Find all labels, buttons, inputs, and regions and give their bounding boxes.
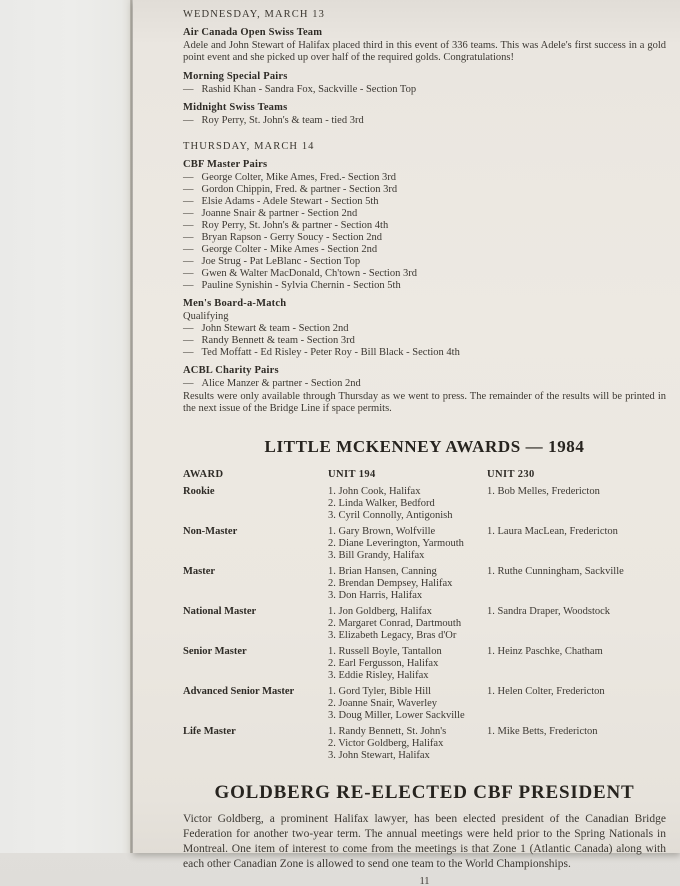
result-item: —Elsie Adams - Adele Stewart - Section 5…	[183, 196, 666, 208]
result-item: —Pauline Synishin - Sylvia Chernin - Sec…	[183, 280, 666, 292]
page-number: 11	[183, 876, 666, 886]
result-item: —Joanne Snair & partner - Section 2nd	[183, 208, 666, 220]
event-paragraph: Results were only available through Thur…	[183, 391, 666, 416]
award-winner-line: 2. Brendan Dempsey, Halifax	[328, 578, 487, 590]
award-winner-line: 3. Doug Miller, Lower Sackville	[328, 710, 487, 722]
day-heading: THURSDAY, MARCH 14	[183, 140, 666, 153]
award-winner-line: 1. Russell Boyle, Tantallon	[328, 646, 487, 658]
dash-bullet: —	[183, 184, 194, 196]
unit230-list: 1. Helen Colter, Fredericton	[487, 686, 666, 722]
result-text: Gordon Chippin, Fred. & partner - Sectio…	[202, 184, 398, 196]
event-title: CBF Master Pairs	[183, 158, 666, 171]
award-winner-line: 2. Linda Walker, Bedford	[328, 498, 487, 510]
event-title: Air Canada Open Swiss Team	[183, 26, 666, 39]
award-winner-line: 1. Randy Bennett, St. John's	[328, 726, 487, 738]
dash-bullet: —	[183, 84, 194, 96]
award-row: Life Master1. Randy Bennett, St. John's2…	[183, 726, 666, 762]
award-winner-line: 1. Jon Goldberg, Halifax	[328, 606, 487, 618]
award-winner-line: 2. Margaret Conrad, Dartmouth	[328, 618, 487, 630]
dash-bullet: —	[183, 268, 194, 280]
award-winner-line: 2. Joanne Snair, Waverley	[328, 698, 487, 710]
dash-bullet: —	[183, 335, 194, 347]
award-winner-line: 2. Diane Leverington, Yarmouth	[328, 538, 487, 550]
event-title: Morning Special Pairs	[183, 70, 666, 83]
award-winner-line: 3. Don Harris, Halifax	[328, 590, 487, 602]
unit194-list: 1. Brian Hansen, Canning2. Brendan Demps…	[328, 566, 487, 602]
adjacent-page	[0, 0, 132, 853]
result-text: Joanne Snair & partner - Section 2nd	[202, 208, 358, 220]
unit230-list: 1. Mike Betts, Fredericton	[487, 726, 666, 762]
dash-bullet: —	[183, 280, 194, 292]
event-title: Midnight Swiss Teams	[183, 101, 666, 114]
award-row: Rookie1. John Cook, Halifax2. Linda Walk…	[183, 486, 666, 522]
event-paragraph: Adele and John Stewart of Halifax placed…	[183, 40, 666, 65]
award-winner-line: 3. Eddie Risley, Halifax	[328, 670, 487, 682]
award-name: Non-Master	[183, 526, 328, 562]
award-winner-line: 1. Sandra Draper, Woodstock	[487, 606, 666, 618]
dash-bullet: —	[183, 115, 194, 127]
event-title: Men's Board-a-Match	[183, 297, 666, 310]
awards-column-headers: AWARD UNIT 194 UNIT 230	[183, 469, 666, 480]
result-item: —George Colter, Mike Ames, Fred.- Sectio…	[183, 172, 666, 184]
event-subtitle: Qualifying	[183, 311, 666, 323]
awards-title: LITTLE MCKENNEY AWARDS — 1984	[183, 437, 666, 457]
dash-bullet: —	[183, 208, 194, 220]
result-text: Randy Bennett & team - Section 3rd	[202, 335, 355, 347]
award-row: Advanced Senior Master1. Gord Tyler, Bib…	[183, 686, 666, 722]
result-item: —Roy Perry, St. John's & team - tied 3rd	[183, 115, 666, 127]
award-winner-line: 3. John Stewart, Halifax	[328, 750, 487, 762]
day-heading: WEDNESDAY, MARCH 13	[183, 8, 666, 21]
result-item: —Ted Moffatt - Ed Risley - Peter Roy - B…	[183, 347, 666, 359]
result-item: —Bryan Rapson - Gerry Soucy - Section 2n…	[183, 232, 666, 244]
result-text: Elsie Adams - Adele Stewart - Section 5t…	[202, 196, 379, 208]
result-item: —John Stewart & team - Section 2nd	[183, 323, 666, 335]
result-text: Bryan Rapson - Gerry Soucy - Section 2nd	[202, 232, 383, 244]
award-name: Senior Master	[183, 646, 328, 682]
award-winner-line: 1. Bob Melles, Fredericton	[487, 486, 666, 498]
award-winner-line: 2. Victor Goldberg, Halifax	[328, 738, 487, 750]
award-name: Life Master	[183, 726, 328, 762]
award-name: Master	[183, 566, 328, 602]
result-text: Alice Manzer & partner - Section 2nd	[202, 378, 361, 390]
award-row: Senior Master1. Russell Boyle, Tantallon…	[183, 646, 666, 682]
award-winner-line: 1. Gord Tyler, Bible Hill	[328, 686, 487, 698]
unit194-list: 1. Jon Goldberg, Halifax2. Margaret Conr…	[328, 606, 487, 642]
award-name: Rookie	[183, 486, 328, 522]
award-winner-line: 1. Helen Colter, Fredericton	[487, 686, 666, 698]
awards-rows: Rookie1. John Cook, Halifax2. Linda Walk…	[183, 486, 666, 762]
results-section: WEDNESDAY, MARCH 13Air Canada Open Swiss…	[183, 8, 666, 415]
award-row: Master1. Brian Hansen, Canning2. Brendan…	[183, 566, 666, 602]
unit194-list: 1. Randy Bennett, St. John's2. Victor Go…	[328, 726, 487, 762]
result-item: —Gordon Chippin, Fred. & partner - Secti…	[183, 184, 666, 196]
result-item: —Gwen & Walter MacDonald, Ch'town - Sect…	[183, 268, 666, 280]
dash-bullet: —	[183, 196, 194, 208]
unit230-list: 1. Ruthe Cunningham, Sackville	[487, 566, 666, 602]
awards-table: AWARD UNIT 194 UNIT 230 Rookie1. John Co…	[183, 469, 666, 762]
result-item: —Joe Strug - Pat LeBlanc - Section Top	[183, 256, 666, 268]
award-winner-line: 3. Bill Grandy, Halifax	[328, 550, 487, 562]
result-text: George Colter - Mike Ames - Section 2nd	[202, 244, 378, 256]
unit194-list: 1. Gord Tyler, Bible Hill2. Joanne Snair…	[328, 686, 487, 722]
award-row: Non-Master1. Gary Brown, Wolfville2. Dia…	[183, 526, 666, 562]
unit194-list: 1. Russell Boyle, Tantallon2. Earl Fergu…	[328, 646, 487, 682]
award-winner-line: 3. Cyril Connolly, Antigonish	[328, 510, 487, 522]
result-text: Roy Perry, St. John's & team - tied 3rd	[202, 115, 364, 127]
dash-bullet: —	[183, 378, 194, 390]
unit230-list: 1. Bob Melles, Fredericton	[487, 486, 666, 522]
unit194-list: 1. John Cook, Halifax2. Linda Walker, Be…	[328, 486, 487, 522]
result-item: —Roy Perry, St. John's & partner - Secti…	[183, 220, 666, 232]
column-header-award: AWARD	[183, 469, 328, 480]
result-item: —Rashid Khan - Sandra Fox, Sackville - S…	[183, 84, 666, 96]
result-item: —Randy Bennett & team - Section 3rd	[183, 335, 666, 347]
award-winner-line: 1. Heinz Paschke, Chatham	[487, 646, 666, 658]
dash-bullet: —	[183, 232, 194, 244]
dash-bullet: —	[183, 244, 194, 256]
column-header-unit230: UNIT 230	[487, 469, 666, 480]
award-winner-line: 2. Earl Fergusson, Halifax	[328, 658, 487, 670]
unit230-list: 1. Laura MacLean, Fredericton	[487, 526, 666, 562]
award-winner-line: 1. Brian Hansen, Canning	[328, 566, 487, 578]
result-text: Roy Perry, St. John's & partner - Sectio…	[202, 220, 389, 232]
dash-bullet: —	[183, 347, 194, 359]
president-headline: GOLDBERG RE-ELECTED CBF PRESIDENT	[183, 782, 666, 804]
result-text: John Stewart & team - Section 2nd	[202, 323, 349, 335]
award-winner-line: 1. Ruthe Cunningham, Sackville	[487, 566, 666, 578]
award-name: Advanced Senior Master	[183, 686, 328, 722]
award-winner-line: 1. Mike Betts, Fredericton	[487, 726, 666, 738]
result-text: George Colter, Mike Ames, Fred.- Section…	[202, 172, 396, 184]
dash-bullet: —	[183, 172, 194, 184]
unit230-list: 1. Sandra Draper, Woodstock	[487, 606, 666, 642]
award-row: National Master1. Jon Goldberg, Halifax2…	[183, 606, 666, 642]
award-winner-line: 3. Elizabeth Legacy, Bras d'Or	[328, 630, 487, 642]
award-winner-line: 1. John Cook, Halifax	[328, 486, 487, 498]
result-text: Joe Strug - Pat LeBlanc - Section Top	[202, 256, 361, 268]
unit194-list: 1. Gary Brown, Wolfville2. Diane Leverin…	[328, 526, 487, 562]
award-winner-line: 1. Laura MacLean, Fredericton	[487, 526, 666, 538]
result-item: —Alice Manzer & partner - Section 2nd	[183, 378, 666, 390]
result-text: Rashid Khan - Sandra Fox, Sackville - Se…	[202, 84, 417, 96]
result-text: Pauline Synishin - Sylvia Chernin - Sect…	[202, 280, 401, 292]
unit230-list: 1. Heinz Paschke, Chatham	[487, 646, 666, 682]
dash-bullet: —	[183, 220, 194, 232]
result-text: Gwen & Walter MacDonald, Ch'town - Secti…	[202, 268, 417, 280]
event-title: ACBL Charity Pairs	[183, 364, 666, 377]
dash-bullet: —	[183, 323, 194, 335]
newsletter-page: WEDNESDAY, MARCH 13Air Canada Open Swiss…	[133, 0, 680, 853]
page-content: WEDNESDAY, MARCH 13Air Canada Open Swiss…	[133, 0, 680, 886]
award-winner-line: 1. Gary Brown, Wolfville	[328, 526, 487, 538]
photo-scene: WEDNESDAY, MARCH 13Air Canada Open Swiss…	[0, 0, 680, 886]
result-item: —George Colter - Mike Ames - Section 2nd	[183, 244, 666, 256]
column-header-unit194: UNIT 194	[328, 469, 487, 480]
president-paragraph: Victor Goldberg, a prominent Halifax law…	[183, 812, 666, 872]
result-text: Ted Moffatt - Ed Risley - Peter Roy - Bi…	[202, 347, 460, 359]
award-name: National Master	[183, 606, 328, 642]
dash-bullet: —	[183, 256, 194, 268]
